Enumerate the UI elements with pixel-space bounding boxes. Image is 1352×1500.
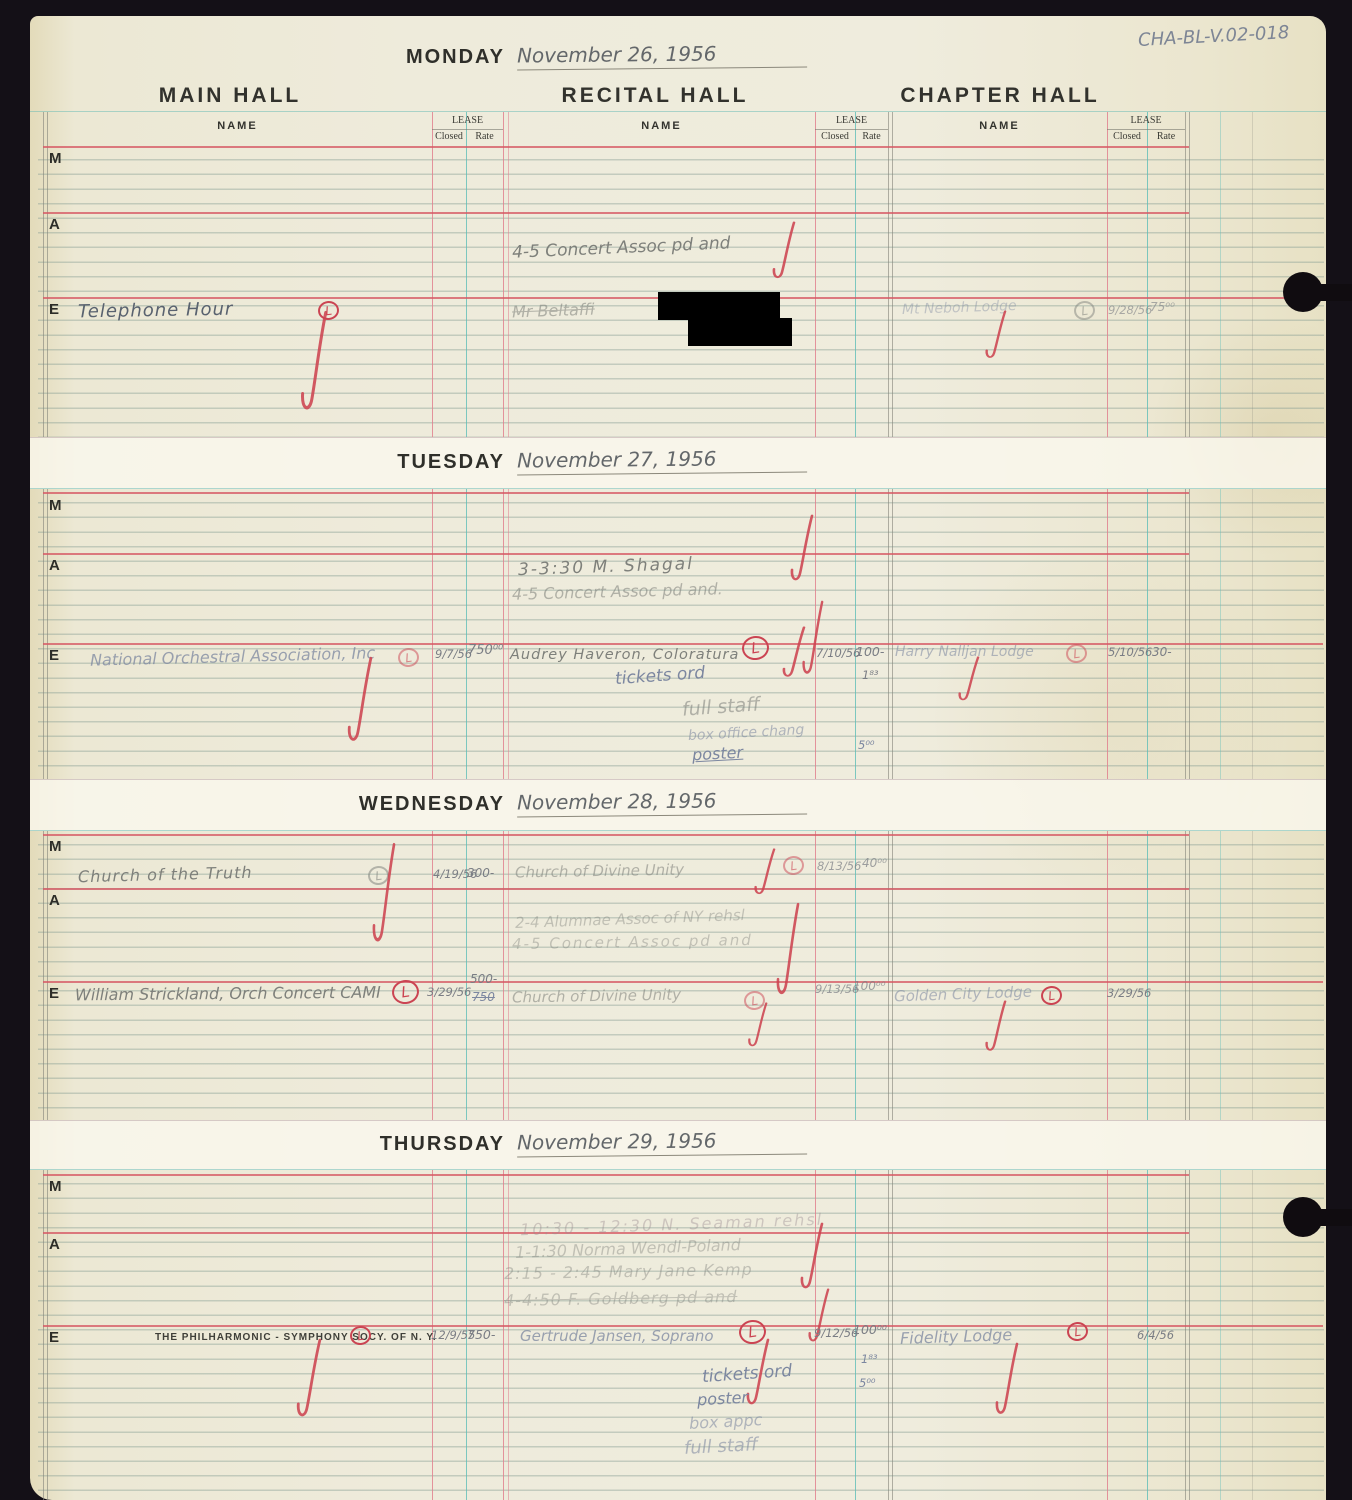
grid-rule (892, 489, 893, 779)
red-checkmark (993, 1342, 1019, 1420)
row-label-morning: M (49, 497, 62, 514)
column-header-closed-recital: Closed (815, 131, 855, 142)
note-amount: 5⁰⁰ (858, 738, 875, 752)
date-thursday: November 29, 1956 (517, 1127, 807, 1157)
lease-fee: 1⁸³ (862, 668, 879, 682)
grid-rule (1220, 112, 1221, 437)
grid-rule (888, 1170, 889, 1500)
row-line (43, 492, 1189, 494)
red-checkmark (956, 656, 980, 704)
grid-rule (1189, 489, 1190, 779)
grid-rule (1189, 1170, 1190, 1500)
grid-rule (1252, 1170, 1253, 1500)
lease-fee: 1⁸³ (861, 1352, 878, 1366)
grid-rule (1220, 831, 1221, 1120)
red-checkmark (774, 902, 800, 1002)
column-header-rate-chapter: Rate (1147, 131, 1185, 142)
lease-fee-2: 5⁰⁰ (859, 1376, 876, 1390)
grid-rule (1107, 489, 1108, 779)
grid-rule (43, 112, 44, 437)
row-label-afternoon: A (49, 557, 60, 574)
row-label-evening: E (49, 301, 59, 318)
lease-closed-date: 6/4/56 (1137, 1328, 1174, 1342)
column-header-name-main: NAME (43, 120, 432, 132)
grid-rule (43, 489, 44, 779)
lease-rate: 40⁰⁰ (862, 856, 887, 870)
lease-closed-date: 3/29/56 (427, 985, 471, 999)
entry-thursday-recital-afternoon-3: 4-4:50 F. Goldberg pd and (504, 1287, 738, 1310)
lease-divider (1107, 129, 1185, 130)
date-monday: November 26, 1956 (517, 40, 807, 70)
grid-rule (888, 112, 889, 437)
row-line (43, 981, 1323, 983)
grid-rule (503, 112, 504, 437)
lease-closed-date: 9/12/56 (814, 1326, 858, 1340)
lease-closed-date: 5/10/56 (1108, 645, 1152, 659)
grid-rule (892, 1170, 893, 1500)
grid-rule (815, 112, 816, 437)
lease-rate: 100⁰⁰ (853, 1322, 887, 1337)
grid-rule (1185, 831, 1186, 1120)
grid-rule (1107, 1170, 1108, 1500)
entry-wednesday-main-evening-name: William Strickland, Orch Concert CAMI (75, 983, 381, 1005)
lease-rate: 750- (467, 1327, 495, 1342)
red-checkmark (798, 1222, 824, 1294)
grid-rule (1185, 1170, 1186, 1500)
grid-rule (503, 831, 504, 1120)
row-label-morning: M (49, 150, 62, 167)
grid-rule (508, 831, 509, 1120)
day-label-monday: MONDAY (210, 46, 505, 69)
lease-closed-date: 9/7/56 (435, 647, 472, 661)
row-label-afternoon: A (49, 216, 60, 233)
red-checkmark (298, 310, 328, 418)
grid-rule (892, 831, 893, 1120)
grid-rule (47, 831, 48, 1120)
grid-rule (508, 1170, 509, 1500)
grid-rule (855, 112, 856, 437)
grid-rule (508, 112, 509, 437)
date-wednesday: November 28, 1956 (517, 787, 807, 817)
row-line (43, 212, 1189, 214)
grid-rule (43, 831, 44, 1120)
thursday-title-strip: THURSDAY November 29, 1956 (30, 1120, 1326, 1170)
hall-title-main: MAIN HALL (60, 84, 400, 108)
red-checkmark (345, 656, 373, 748)
entry-monday-main-evening-name: Telephone Hour (78, 299, 234, 323)
red-checkmark (770, 221, 796, 283)
grid-rule (1147, 489, 1148, 779)
grid-rule (503, 489, 504, 779)
grid-rule (1252, 489, 1253, 779)
column-header-lease-main: LEASE (432, 115, 503, 126)
column-header-closed-chapter: Closed (1107, 131, 1147, 142)
column-header-name-recital: NAME (508, 120, 815, 132)
row-label-morning: M (49, 1178, 62, 1195)
red-checkmark (983, 1000, 1007, 1055)
grid-rule (1252, 112, 1253, 437)
grid-rule (1107, 112, 1108, 437)
column-header-closed-main: Closed (432, 131, 466, 142)
row-label-evening: E (49, 647, 59, 664)
column-header-lease-recital: LEASE (815, 115, 888, 126)
grid-rule (1220, 489, 1221, 779)
entry-wednesday-recital-morning-name: Church of Divine Unity (515, 861, 684, 882)
lease-rate-new: 500- (470, 972, 497, 986)
grid-rule (47, 1170, 48, 1500)
grid-rule (508, 489, 509, 779)
row-label-evening: E (49, 1329, 59, 1346)
day-label-thursday: THURSDAY (210, 1133, 505, 1156)
red-checkmark (780, 626, 806, 681)
lease-closed-date: 9/28/56 (1108, 303, 1152, 317)
grid-rule (466, 489, 467, 779)
red-checkmark (788, 514, 814, 586)
note-poster: poster (692, 743, 744, 765)
grid-rule (888, 831, 889, 1120)
lease-divider (815, 129, 888, 130)
lease-rate: 75⁰⁰ (1150, 300, 1175, 314)
row-label-afternoon: A (49, 1236, 60, 1253)
grid-rule (503, 1170, 504, 1500)
grid-rule (1107, 831, 1108, 1120)
grid-rule (432, 489, 433, 779)
grid-rule (1252, 831, 1253, 1120)
hole-punch-notch (1315, 284, 1352, 301)
entry-tuesday-recital-evening-name: Audrey Haveron, Coloratura (510, 647, 739, 663)
row-line (43, 1174, 1189, 1176)
grid-rule (892, 112, 893, 437)
grid-rule (815, 831, 816, 1120)
row-label-afternoon: A (49, 892, 60, 909)
monday-title-strip: MONDAY November 26, 1956 MAIN HALL RECIT… (30, 34, 1326, 112)
hall-title-recital: RECITAL HALL (490, 84, 820, 108)
ruled-lines (38, 489, 1324, 779)
grid-rule (47, 112, 48, 437)
lease-rate: 100⁰⁰ (853, 979, 886, 993)
column-header-rate-main: Rate (466, 131, 503, 142)
column-header-name-chapter: NAME (892, 120, 1107, 132)
hall-title-chapter: CHAPTER HALL (850, 84, 1150, 108)
grid-rule (1147, 831, 1148, 1120)
note-box-office: box appc (689, 1410, 763, 1433)
row-line (43, 146, 1189, 148)
grid-rule (432, 112, 433, 437)
grid-rule (1189, 831, 1190, 1120)
lease-divider (432, 129, 503, 130)
day-label-tuesday: TUESDAY (210, 451, 505, 474)
entry-thursday-recital-evening-name: Gertrude Jansen, Soprano (520, 1327, 714, 1345)
grid-rule (855, 489, 856, 779)
lease-rate: 100- (856, 644, 884, 659)
grid-rule (466, 112, 467, 437)
lease-rate: 30- (1152, 645, 1172, 659)
entry-wednesday-recital-evening-name: Church of Divine Unity (512, 986, 681, 1007)
row-line (43, 553, 1189, 555)
date-tuesday: November 27, 1956 (517, 445, 807, 475)
lease-rate: 750⁰⁰ (468, 643, 503, 658)
redaction-box (658, 292, 780, 320)
row-label-morning: M (49, 838, 62, 855)
red-checkmark (746, 1002, 768, 1050)
note-full-staff: full staff (684, 1434, 759, 1459)
grid-rule (1185, 489, 1186, 779)
ledger-paper: CHA-BL-V.02-018 MONDAY November 26, 1956… (30, 16, 1326, 1500)
redaction-box (688, 318, 792, 346)
hole-punch-notch (1315, 1209, 1352, 1226)
lease-closed-date: 3/29/56 (1107, 986, 1151, 1000)
tuesday-grid: M A E (30, 489, 1326, 779)
grid-rule (888, 489, 889, 779)
red-checkmark (370, 842, 396, 950)
row-line (43, 888, 1189, 890)
column-header-lease-chapter: LEASE (1107, 115, 1185, 126)
grid-rule (1185, 112, 1186, 437)
row-label-evening: E (49, 985, 59, 1002)
monday-grid: NAME LEASE Closed Rate NAME LEASE Closed… (30, 112, 1326, 437)
grid-rule (1147, 112, 1148, 437)
grid-rule (855, 831, 856, 1120)
grid-rule (47, 489, 48, 779)
tuesday-title-strip: TUESDAY November 27, 1956 (30, 437, 1326, 489)
wednesday-title-strip: WEDNESDAY November 28, 1956 (30, 779, 1326, 831)
column-header-rate-recital: Rate (855, 131, 888, 142)
scanned-ledger-page: { "archive_ref": "CHA-BL-V.02-018", "hal… (0, 0, 1352, 1500)
lease-rate-crossed-out: 750 (472, 990, 495, 1004)
day-label-wednesday: WEDNESDAY (210, 793, 505, 816)
note-poster: poster (697, 1388, 749, 1410)
grid-rule (1189, 112, 1190, 437)
grid-rule (1220, 1170, 1221, 1500)
red-checkmark (983, 310, 1007, 362)
red-checkmark (752, 848, 776, 898)
row-line (43, 834, 1189, 836)
lease-closed-date: 8/13/56 (817, 859, 861, 873)
entry-monday-recital-evening-name: Mr Beltaffi (512, 300, 595, 322)
grid-rule (43, 1170, 44, 1500)
red-checkmark (294, 1338, 322, 1423)
lease-closed-date: 7/10/56 (816, 646, 860, 660)
lease-rate: 300- (467, 866, 494, 880)
